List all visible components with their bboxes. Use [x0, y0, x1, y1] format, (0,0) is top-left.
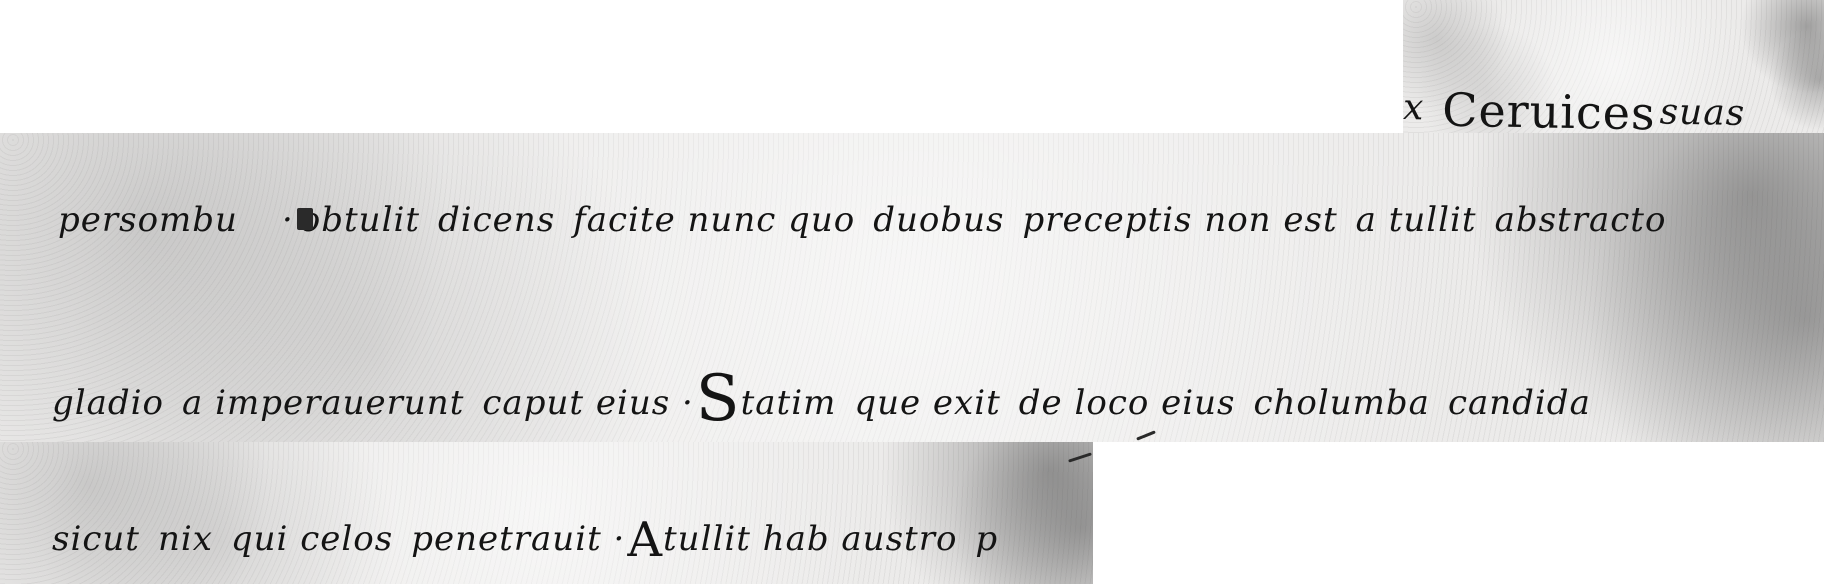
word: sicut: [52, 519, 140, 559]
word: duobus: [873, 200, 1004, 240]
word: penetrauit ·: [411, 519, 625, 559]
manuscript-line-3: gladioa imperaueruntcaput eius ·Statimqu…: [52, 362, 1609, 436]
word: suas: [1659, 91, 1745, 133]
word: preceptis non est: [1022, 200, 1337, 240]
word: persombu: [58, 200, 238, 240]
manuscript-line-4: sicutnixqui celospenetrauit ·Atullit hab…: [52, 512, 1016, 568]
word: obtulit: [300, 200, 420, 240]
word: tatim: [741, 383, 837, 423]
word: que exit: [854, 383, 1000, 423]
word: gladio: [52, 383, 164, 423]
manuscript-line-1: xCeruicessuas: [1403, 82, 1764, 142]
word: tullit hab austro: [663, 519, 957, 559]
word: qui celos: [231, 519, 393, 559]
word: abstracto: [1495, 200, 1667, 240]
word: candida: [1448, 383, 1591, 423]
word: dicens: [438, 200, 555, 240]
word: facite nunc quo: [573, 200, 855, 240]
ink-blot: [297, 208, 313, 230]
word: nix: [158, 519, 213, 559]
decorated-initial: A: [627, 512, 663, 568]
punctuation-mark: ·: [282, 200, 294, 240]
word: cholumba: [1253, 383, 1429, 423]
word: a tullit: [1356, 200, 1477, 240]
word: a imperauerunt: [182, 383, 464, 423]
word: Ceruices: [1442, 83, 1656, 141]
word: caput eius ·: [482, 383, 693, 423]
decorated-initial: S: [696, 362, 741, 436]
word: de loco eius: [1019, 383, 1236, 423]
word: p: [975, 519, 998, 559]
word: x: [1403, 87, 1425, 128]
